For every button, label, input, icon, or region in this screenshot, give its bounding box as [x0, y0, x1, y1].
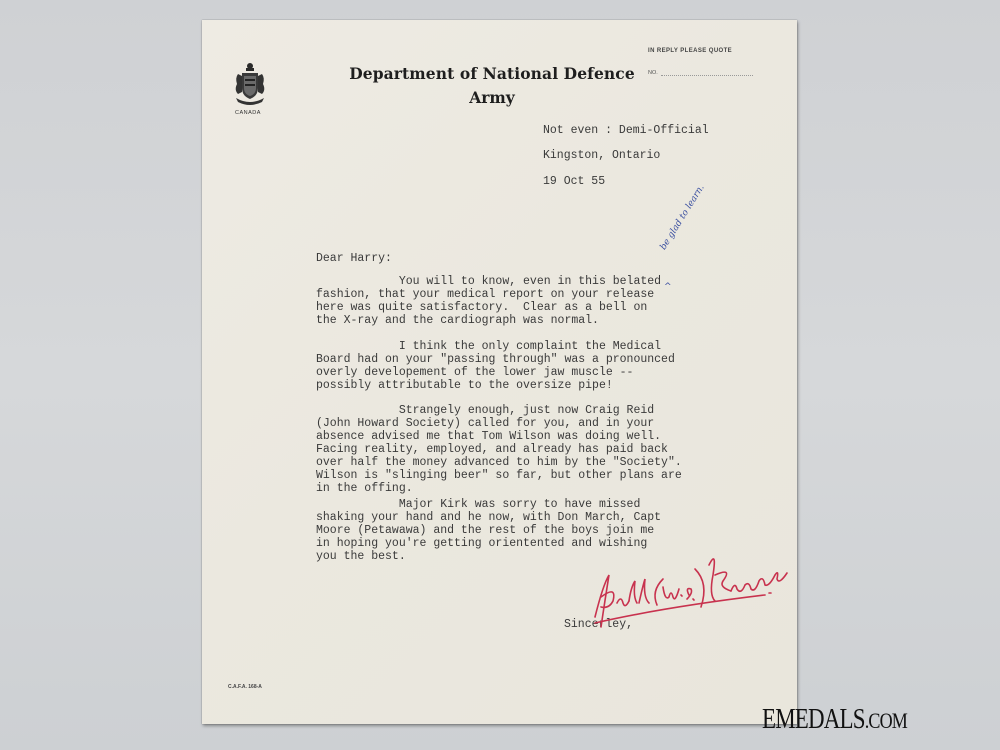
form-code: C.A.F.A. 168-A [228, 684, 262, 690]
text-line: shaking your hand and he now, with Don M… [316, 511, 661, 524]
text-line: here was quite satisfactory. Clear as a … [316, 301, 661, 314]
insertion-caret-icon: ^ [664, 282, 672, 292]
text-line: Strangely enough, just now Craig Reid [316, 404, 682, 417]
text-line: Wilson is "slinging beer" so far, but ot… [316, 469, 682, 482]
text-line: Facing reality, employed, and already ha… [316, 443, 682, 456]
paragraph-1: You will to know, even in this belated f… [316, 275, 661, 327]
watermark-main: EMEDALS [762, 704, 865, 735]
watermark: EMEDALS.COM [762, 704, 907, 736]
branch-title: Army [442, 88, 542, 107]
reply-number-label: NO. [648, 70, 658, 76]
letter-date: 19 Oct 55 [543, 175, 605, 188]
signature-icon [565, 545, 795, 635]
text-line: (John Howard Society) called for you, an… [316, 417, 682, 430]
text-line: absence advised me that Tom Wilson was d… [316, 430, 682, 443]
text-line: over half the money advanced to him by t… [316, 456, 682, 469]
watermark-suffix: .COM [865, 708, 907, 733]
paragraph-3: Strangely enough, just now Craig Reid (J… [316, 404, 682, 495]
department-title: Department of National Defence [342, 64, 642, 83]
text-line: overly developement of the lower jaw mus… [316, 366, 675, 379]
text-line: possibly attributable to the oversize pi… [316, 379, 675, 392]
classification: Not even : Demi-Official [543, 124, 709, 137]
reply-number-line [661, 75, 753, 76]
text-line: I think the only complaint the Medical [316, 340, 675, 353]
coat-of-arms-icon [232, 62, 268, 106]
text-line: fashion, that your medical report on you… [316, 288, 661, 301]
crest-label: CANADA [235, 110, 261, 116]
location: Kingston, Ontario [543, 149, 660, 162]
text-line: in the offing. [316, 482, 682, 495]
text-line: the X-ray and the cardiograph was normal… [316, 314, 661, 327]
paragraph-2: I think the only complaint the Medical B… [316, 340, 675, 392]
text-line: Moore (Petawawa) and the rest of the boy… [316, 524, 661, 537]
greeting: Dear Harry: [316, 252, 392, 265]
reply-number-field: NO. [648, 70, 753, 76]
reply-quote-label: IN REPLY PLEASE QUOTE [648, 48, 732, 54]
text-line: You will to know, even in this belated [316, 275, 661, 288]
text-line: Board had on your "passing through" was … [316, 353, 675, 366]
text-line: Major Kirk was sorry to have missed [316, 498, 661, 511]
handwritten-insertion: be glad to learn. [659, 183, 707, 252]
